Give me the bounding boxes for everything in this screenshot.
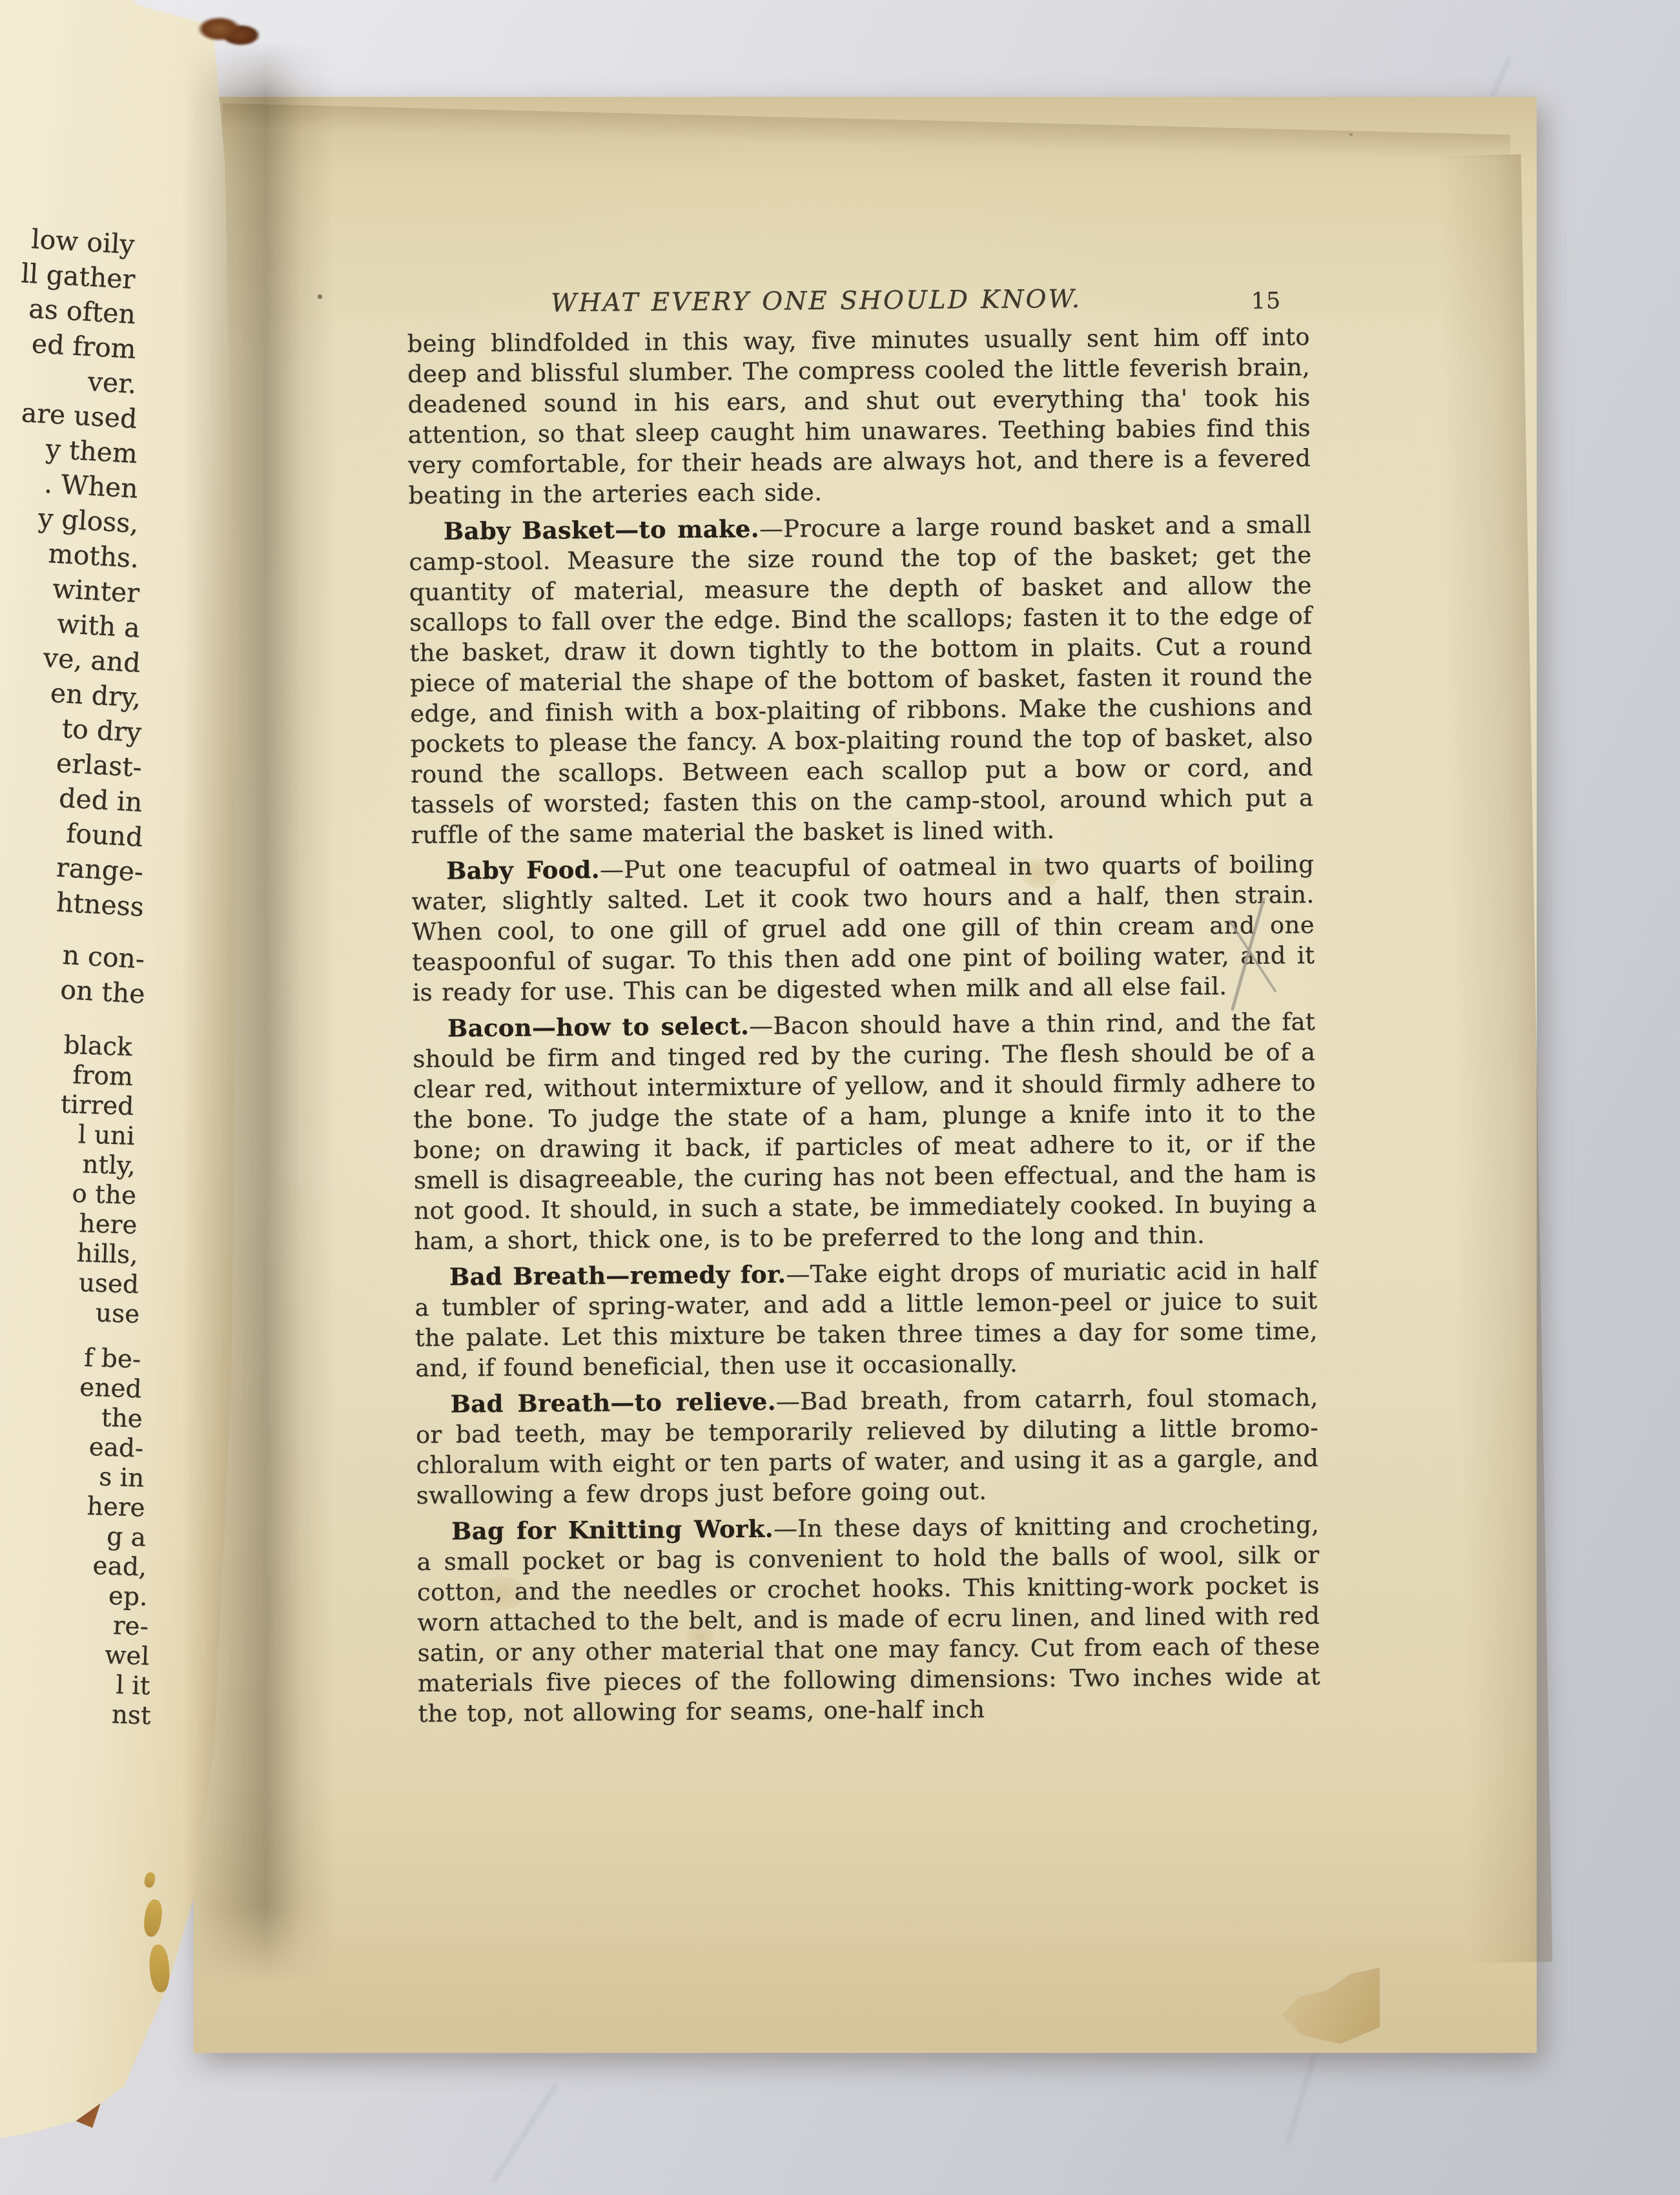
right-page-text: WHAT EVERY ONE SHOULD KNOW. 15 being bli… (407, 282, 1321, 1735)
backdrop-crease (1286, 2045, 1319, 2145)
left-page-line-fragment: use (8, 1296, 140, 1330)
entry-body: —Bacon should have a thin rind, and the … (413, 1008, 1316, 1255)
left-page-fragments-upper: low oilyll gatheras oftened fromver.are … (0, 227, 145, 1014)
entry-title: Bad Breath—to relieve. (450, 1387, 776, 1418)
left-page-line-fragment: l it (18, 1668, 150, 1702)
entry-title: Bad Breath—remedy for. (449, 1260, 786, 1291)
left-page-line-fragment: ntly, (3, 1147, 136, 1181)
left-page-line-fragment: s in (12, 1460, 145, 1494)
paragraph-continuation: being blindfolded in this way, five minu… (407, 322, 1311, 511)
left-page-line-fragment: hills, (6, 1236, 138, 1271)
entry-title: Bag for Knitting Work. (451, 1515, 773, 1546)
left-page-line-fragment: f be- (9, 1341, 141, 1375)
entry-title: Baby Basket—to make. (444, 515, 759, 546)
left-page-line-fragment: nst (19, 1697, 151, 1731)
gutter-shadow (182, 41, 334, 1985)
page-number: 15 (1251, 286, 1281, 316)
paragraph-baby-basket: Baby Basket—to make.—Procure a large rou… (409, 509, 1314, 850)
paper-speck (1349, 133, 1353, 136)
left-page-line-fragment: tirred (2, 1088, 134, 1122)
left-page-line-fragment: re- (16, 1608, 149, 1642)
book-photo: WHAT EVERY ONE SHOULD KNOW. 15 being bli… (0, 0, 1680, 2195)
left-page-line-fragment: ened (10, 1371, 142, 1405)
left-page-line-fragment: htness (9, 882, 145, 924)
pencil-x-mark (1224, 894, 1295, 1023)
left-page-line-fragment: ep. (15, 1578, 148, 1613)
left-page-fragments-lower: blackfromtirredl unintly,o theherehills,… (0, 1033, 151, 1735)
entry-title: Bacon—how to select. (447, 1012, 750, 1043)
header-title: WHAT EVERY ONE SHOULD KNOW. (551, 285, 1081, 318)
paragraph-bad-breath-remedy: Bad Breath—remedy for.—Take eight drops … (415, 1255, 1318, 1383)
entry-body: being blindfolded in this way, five minu… (407, 323, 1311, 509)
left-page-line-fragment: g a (14, 1519, 146, 1553)
left-page-line-fragment: used (6, 1266, 139, 1300)
left-page-line-fragment: black (0, 1028, 132, 1063)
entry-body: —Procure a large round basket and a smal… (409, 511, 1313, 849)
left-page-line-fragment: ead, (14, 1549, 147, 1583)
backdrop-crease (491, 2084, 557, 2183)
left-page-line-fragment: l uni (3, 1118, 135, 1152)
left-page-line-fragment: on the (10, 969, 146, 1012)
left-page-line-fragment: o the (4, 1177, 136, 1211)
left-page-line-fragment: ead- (11, 1430, 143, 1464)
left-page-line-fragment: here (13, 1489, 145, 1524)
left-page-line-fragment: from (1, 1058, 133, 1092)
paragraph-bad-breath-relieve: Bad Breath—to relieve.—Bad breath, from … (415, 1382, 1318, 1511)
running-header: WHAT EVERY ONE SHOULD KNOW. 15 (407, 282, 1309, 320)
entry-title: Baby Food. (446, 855, 600, 885)
left-page-line-fragment: here (5, 1207, 138, 1241)
left-page-line-fragment: wel (17, 1638, 149, 1672)
paper-speck (318, 294, 322, 299)
paragraph-baby-food: Baby Food.—Put one teacupful of oatmeal … (411, 849, 1315, 1008)
paragraph-bacon: Bacon—how to select.—Bacon should have a… (413, 1006, 1317, 1256)
paragraph-knitting-bag: Bag for Knitting Work.—In these days of … (416, 1509, 1321, 1729)
left-page-line-fragment: the (10, 1400, 143, 1434)
